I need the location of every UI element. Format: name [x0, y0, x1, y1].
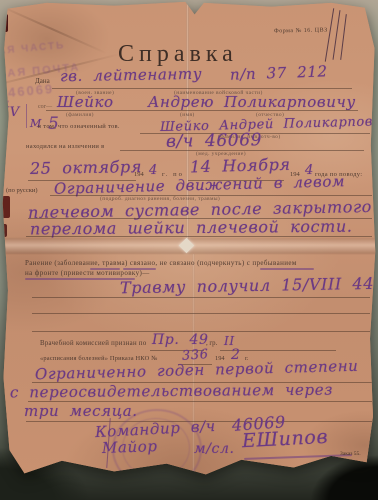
- patronymic-handwritten: Поликарповичу: [224, 95, 356, 110]
- firstname-handwritten: Андрею: [148, 95, 214, 110]
- front-relation-printed-1: Ранение (заболевание, травма) связано, н…: [25, 260, 297, 267]
- pen-stroke-2: [333, 10, 341, 60]
- rank-handwritten: гв. лейтенанту: [60, 67, 202, 84]
- statement-printed: в том, что означенный тов.: [38, 124, 120, 131]
- commission-article-handwritten: Пр. 49: [152, 333, 209, 347]
- year-digit-1: 4: [149, 164, 158, 177]
- order-note: Заказ 55.: [340, 452, 361, 458]
- commission-printed-3: «расписания болезней» Приказа НКО №: [40, 356, 158, 362]
- signature-flourish: [244, 454, 352, 459]
- signature-autograph: ЕШипов: [242, 428, 329, 451]
- paper-shadow: АЯ ЧАСТЬ ВАЯ ПОЧТА 46069 Форма № 16. ЦВЗ…: [0, 0, 378, 500]
- firstname-caption: (имя): [180, 113, 195, 119]
- document-title: Справка: [118, 42, 238, 66]
- conclusion-line2-handwritten: с переосвидетельствованием через: [10, 383, 333, 401]
- signer-rank-handwritten: Майор: [102, 439, 158, 456]
- front-relation-rule: [32, 297, 370, 298]
- conclusion-line3-handwritten: три месяца.: [24, 404, 138, 419]
- underline-prebyvaniem: [260, 268, 314, 270]
- underline-svyazano: [123, 268, 156, 270]
- treatment-unit-handwritten: в/ч 46069: [166, 132, 262, 151]
- margin-slash: [0, 100, 9, 133]
- underline-na-fronte: [25, 278, 135, 280]
- commission-printed-1: Врачебной комиссией признан по: [40, 341, 147, 348]
- document-photo: АЯ ЧАСТЬ ВАЯ ПОЧТА 46069 Форма № 16. ЦВЗ…: [0, 0, 378, 500]
- underline-travma: [90, 268, 120, 270]
- treatment-printed: находился на излечении в: [26, 144, 104, 151]
- date-from-handwritten: 25 октября: [30, 159, 142, 177]
- surname-handwritten: Шейко: [57, 95, 114, 110]
- diagnosis-rule-3: [26, 236, 372, 237]
- diagnosis-label: (по русски): [6, 188, 38, 195]
- ghost-stamp-line1: АЯ ЧАСТЬ: [0, 41, 66, 57]
- given-label: Дана: [35, 78, 50, 85]
- certificate-paper: АЯ ЧАСТЬ ВАЯ ПОЧТА 46069 Форма № 16. ЦВЗ…: [2, 0, 376, 484]
- unit-handwritten: п/п 37 212: [230, 64, 328, 82]
- edge-ink-mark: [2, 14, 8, 32]
- form-number: Форма № 16. ЦВЗ: [274, 28, 328, 35]
- front-relation-printed-2: на фронте (привести мотивировку)—: [25, 270, 150, 277]
- margin-bar: [26, 104, 27, 128]
- commission-group-handwritten: II: [224, 335, 235, 347]
- front-relation-handwritten: Травму получил 15/VIII 44.: [120, 276, 378, 297]
- diagnosis-line3-handwritten: перелома шейки плечевой кости.: [30, 219, 353, 238]
- edge-ink-mark-3: [2, 224, 7, 237]
- pen-stroke-3: [340, 14, 347, 60]
- diagnosis-line1-handwritten: Ограничение движений в левом: [54, 174, 345, 197]
- surname-caption: (фамилия): [66, 113, 94, 119]
- edge-ink-mark-2: [2, 196, 10, 218]
- rank-rule: [52, 88, 352, 89]
- name-rule: [46, 110, 358, 111]
- blank-rule-1: [32, 313, 370, 314]
- signer-service-handwritten: м/сл.: [194, 442, 235, 456]
- margin-roman: IV: [4, 106, 20, 119]
- date-to-handwritten: 14 Ноября: [190, 157, 291, 176]
